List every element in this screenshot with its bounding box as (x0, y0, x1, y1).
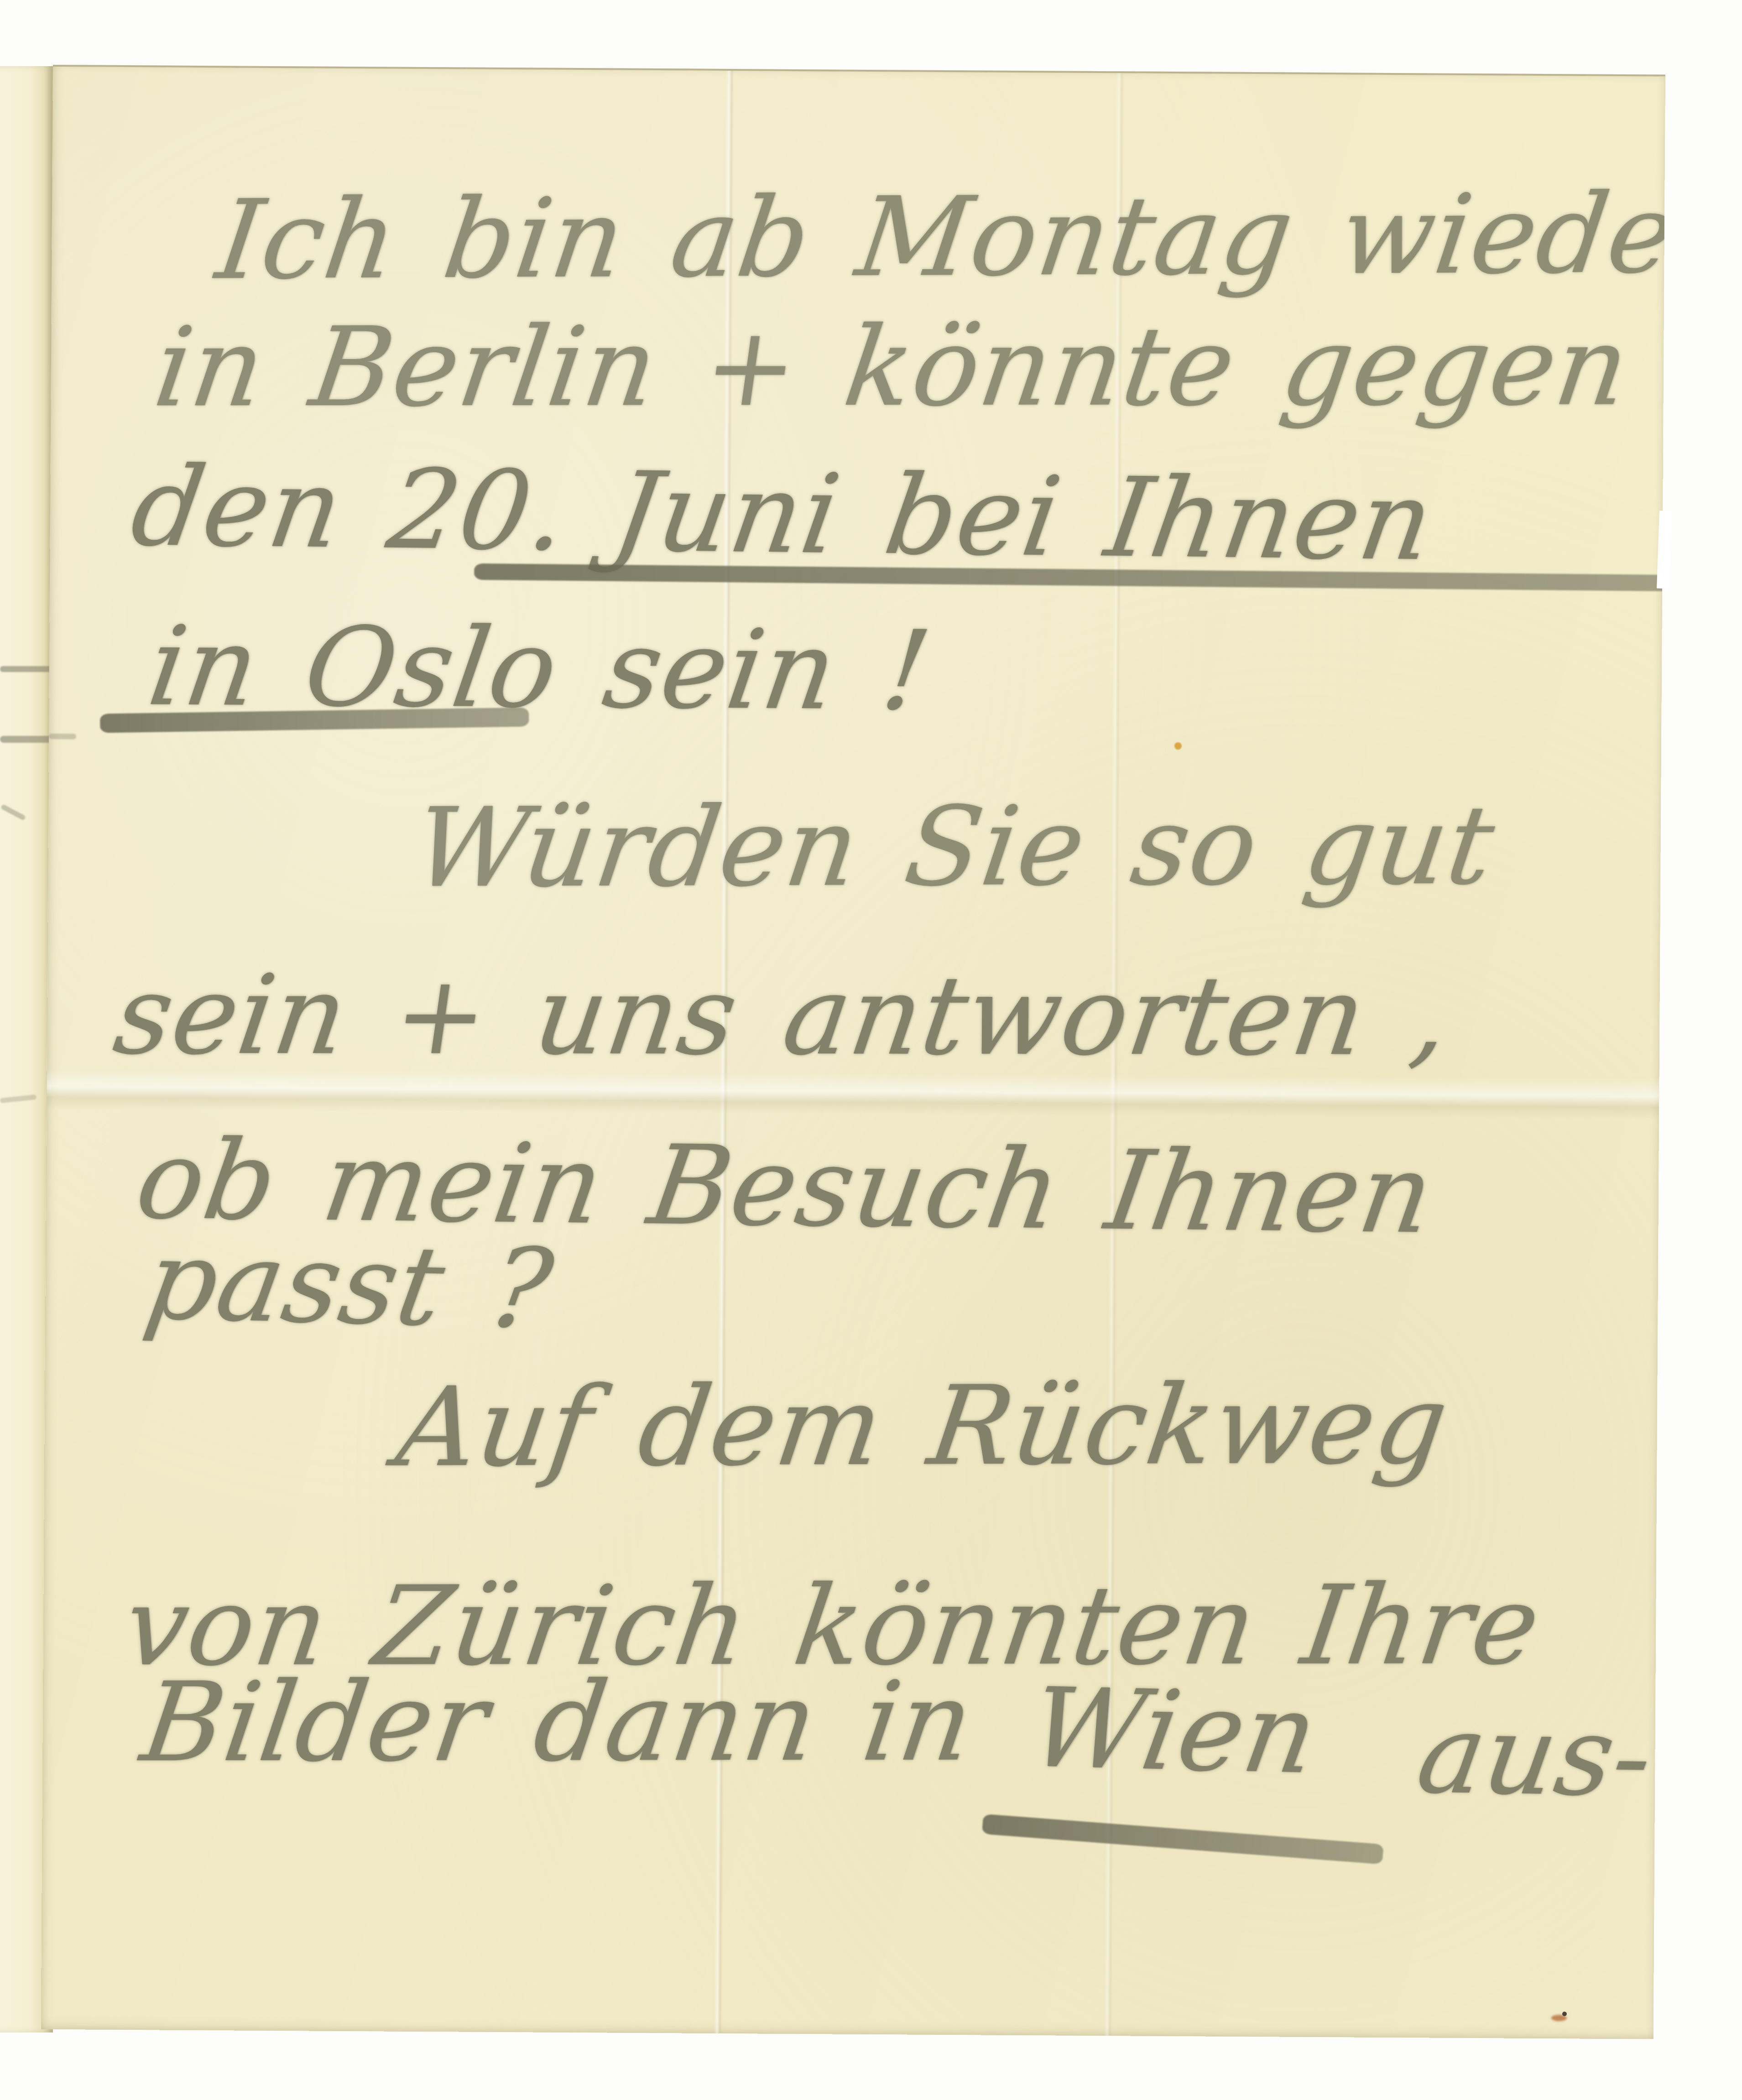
handwriting-line-3: den 20. Juni bei Ihnen (125, 452, 1440, 576)
ghost-pencil-stroke (0, 804, 26, 821)
handwriting-line-11-pre: Bilder dann in (136, 1667, 980, 1777)
ghost-pencil-stroke (0, 666, 53, 672)
foxing-spot-amber (1174, 742, 1182, 750)
ghost-pencil-stroke (49, 734, 76, 739)
handwriting-line-8: passt ? (139, 1225, 560, 1344)
underline-stroke-wien (982, 1814, 1384, 1865)
handwriting-line-5: Würden Sie so gut (408, 791, 1501, 903)
handwriting-line-11-wien: Wien (1023, 1673, 1325, 1789)
scanned-letter-page: Ich bin ab Montag wieder in Berlin + kön… (0, 0, 1742, 2100)
handwriting-line-4: in Oslo sein ! (142, 611, 937, 725)
paper-edge-notch (1657, 511, 1672, 589)
foxing-spot-dark (1562, 2011, 1567, 2016)
ghost-pencil-stroke (0, 1094, 37, 1103)
handwriting-line-6: sein + uns antworten , (109, 960, 1457, 1071)
ghost-pencil-stroke (0, 736, 53, 743)
letter-sheet: Ich bin ab Montag wieder in Berlin + kön… (41, 65, 1665, 2039)
handwriting-line-11-post: aus- (1411, 1699, 1661, 1812)
handwriting-line-1: Ich bin ab Montag wieder (211, 179, 1665, 295)
handwriting-line-2: in Berlin + könnte gegen (149, 312, 1636, 422)
handwriting-line-9: Auf dem Rückweg (391, 1370, 1455, 1482)
